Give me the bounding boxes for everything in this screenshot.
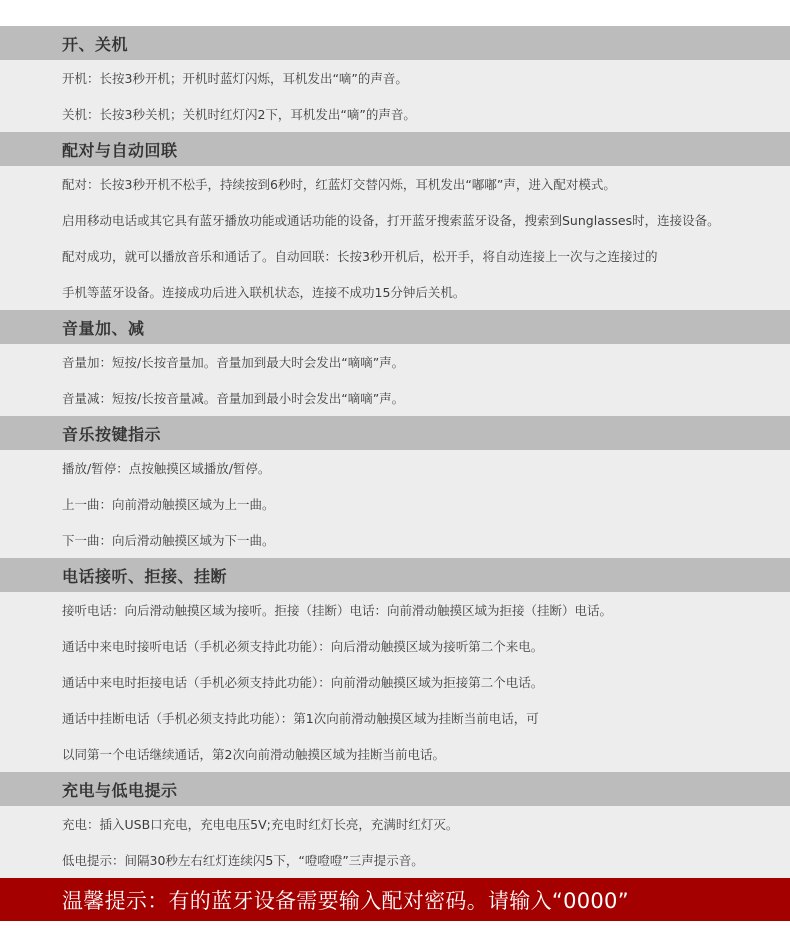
instruction-line: 通话中来电时接听电话（手机必须支持此功能）：向后滑动触摸区域为接听第二个来电。 [0, 628, 790, 664]
section-header: 电话接听、拒接、挂断 [0, 558, 790, 592]
top-spacer [0, 0, 790, 26]
section-calls: 电话接听、拒接、挂断 接听电话：向后滑动触摸区域为接听。拒接（挂断）电话：向前滑… [0, 558, 790, 772]
instruction-line: 音量加：短按/长按音量加。音量加到最大时会发出“嘀嘀”声。 [0, 344, 790, 380]
section-header: 音乐按键指示 [0, 416, 790, 450]
section-charging: 充电与低电提示 充电：插入USB口充电，充电电压5V;充电时红灯长亮，充满时红灯… [0, 772, 790, 878]
section-title: 开、关机 [62, 32, 128, 55]
section-body: 播放/暂停：点按触摸区域播放/暂停。 上一曲：向前滑动触摸区域为上一曲。 下一曲… [0, 450, 790, 558]
bottom-spacer [0, 921, 790, 935]
section-body: 开机：长按3秒开机；开机时蓝灯闪烁，耳机发出“嘀”的声音。 关机：长按3秒关机；… [0, 60, 790, 132]
instruction-line: 关机：长按3秒关机；关机时红灯闪2下，耳机发出“嘀”的声音。 [0, 96, 790, 132]
instruction-line: 上一曲：向前滑动触摸区域为上一曲。 [0, 486, 790, 522]
section-header: 充电与低电提示 [0, 772, 790, 806]
section-power: 开、关机 开机：长按3秒开机；开机时蓝灯闪烁，耳机发出“嘀”的声音。 关机：长按… [0, 26, 790, 132]
instruction-line: 以同第一个电话继续通话，第2次向前滑动触摸区域为挂断当前电话。 [0, 736, 790, 772]
instruction-line: 接听电话：向后滑动触摸区域为接听。拒接（挂断）电话：向前滑动触摸区域为拒接（挂断… [0, 592, 790, 628]
manual-page: 开、关机 开机：长按3秒开机；开机时蓝灯闪烁，耳机发出“嘀”的声音。 关机：长按… [0, 0, 790, 946]
section-body: 充电：插入USB口充电，充电电压5V;充电时红灯长亮，充满时红灯灭。 低电提示：… [0, 806, 790, 878]
section-title: 电话接听、拒接、挂断 [62, 564, 227, 587]
section-volume: 音量加、减 音量加：短按/长按音量加。音量加到最大时会发出“嘀嘀”声。 音量减：… [0, 310, 790, 416]
notice-text: 温馨提示：有的蓝牙设备需要输入配对密码。请输入“0000” [62, 885, 629, 915]
section-title: 音乐按键指示 [62, 422, 161, 445]
pairing-password-notice: 温馨提示：有的蓝牙设备需要输入配对密码。请输入“0000” [0, 878, 790, 921]
section-header: 开、关机 [0, 26, 790, 60]
section-pairing: 配对与自动回联 配对：长按3秒开机不松手，持续按到6秒时，红蓝灯交替闪烁，耳机发… [0, 132, 790, 310]
instruction-line: 音量减：短按/长按音量减。音量加到最小时会发出“嘀嘀”声。 [0, 380, 790, 416]
instruction-line: 通话中来电时拒接电话（手机必须支持此功能）：向前滑动触摸区域为拒接第二个电话。 [0, 664, 790, 700]
section-music-controls: 音乐按键指示 播放/暂停：点按触摸区域播放/暂停。 上一曲：向前滑动触摸区域为上… [0, 416, 790, 558]
instruction-line: 手机等蓝牙设备。连接成功后进入联机状态，连接不成功15分钟后关机。 [0, 274, 790, 310]
instruction-line: 配对成功，就可以播放音乐和通话了。自动回联：长按3秒开机后，松开手，将自动连接上… [0, 238, 790, 274]
instruction-line: 开机：长按3秒开机；开机时蓝灯闪烁，耳机发出“嘀”的声音。 [0, 60, 790, 96]
section-header: 音量加、减 [0, 310, 790, 344]
section-header: 配对与自动回联 [0, 132, 790, 166]
instruction-line: 通话中挂断电话（手机必须支持此功能）：第1次向前滑动触摸区域为挂断当前电话，可 [0, 700, 790, 736]
section-title: 配对与自动回联 [62, 138, 178, 161]
instruction-line: 下一曲：向后滑动触摸区域为下一曲。 [0, 522, 790, 558]
instruction-line: 配对：长按3秒开机不松手，持续按到6秒时，红蓝灯交替闪烁，耳机发出“嘟嘟”声，进… [0, 166, 790, 202]
instruction-line: 启用移动电话或其它具有蓝牙播放功能或通话功能的设备，打开蓝牙搜索蓝牙设备，搜索到… [0, 202, 790, 238]
section-title: 音量加、减 [62, 316, 145, 339]
instruction-line: 播放/暂停：点按触摸区域播放/暂停。 [0, 450, 790, 486]
section-title: 充电与低电提示 [62, 778, 178, 801]
instruction-line: 低电提示：间隔30秒左右红灯连续闪5下，“噔噔噔”三声提示音。 [0, 842, 790, 878]
section-body: 配对：长按3秒开机不松手，持续按到6秒时，红蓝灯交替闪烁，耳机发出“嘟嘟”声，进… [0, 166, 790, 310]
section-body: 接听电话：向后滑动触摸区域为接听。拒接（挂断）电话：向前滑动触摸区域为拒接（挂断… [0, 592, 790, 772]
section-body: 音量加：短按/长按音量加。音量加到最大时会发出“嘀嘀”声。 音量减：短按/长按音… [0, 344, 790, 416]
instruction-line: 充电：插入USB口充电，充电电压5V;充电时红灯长亮，充满时红灯灭。 [0, 806, 790, 842]
